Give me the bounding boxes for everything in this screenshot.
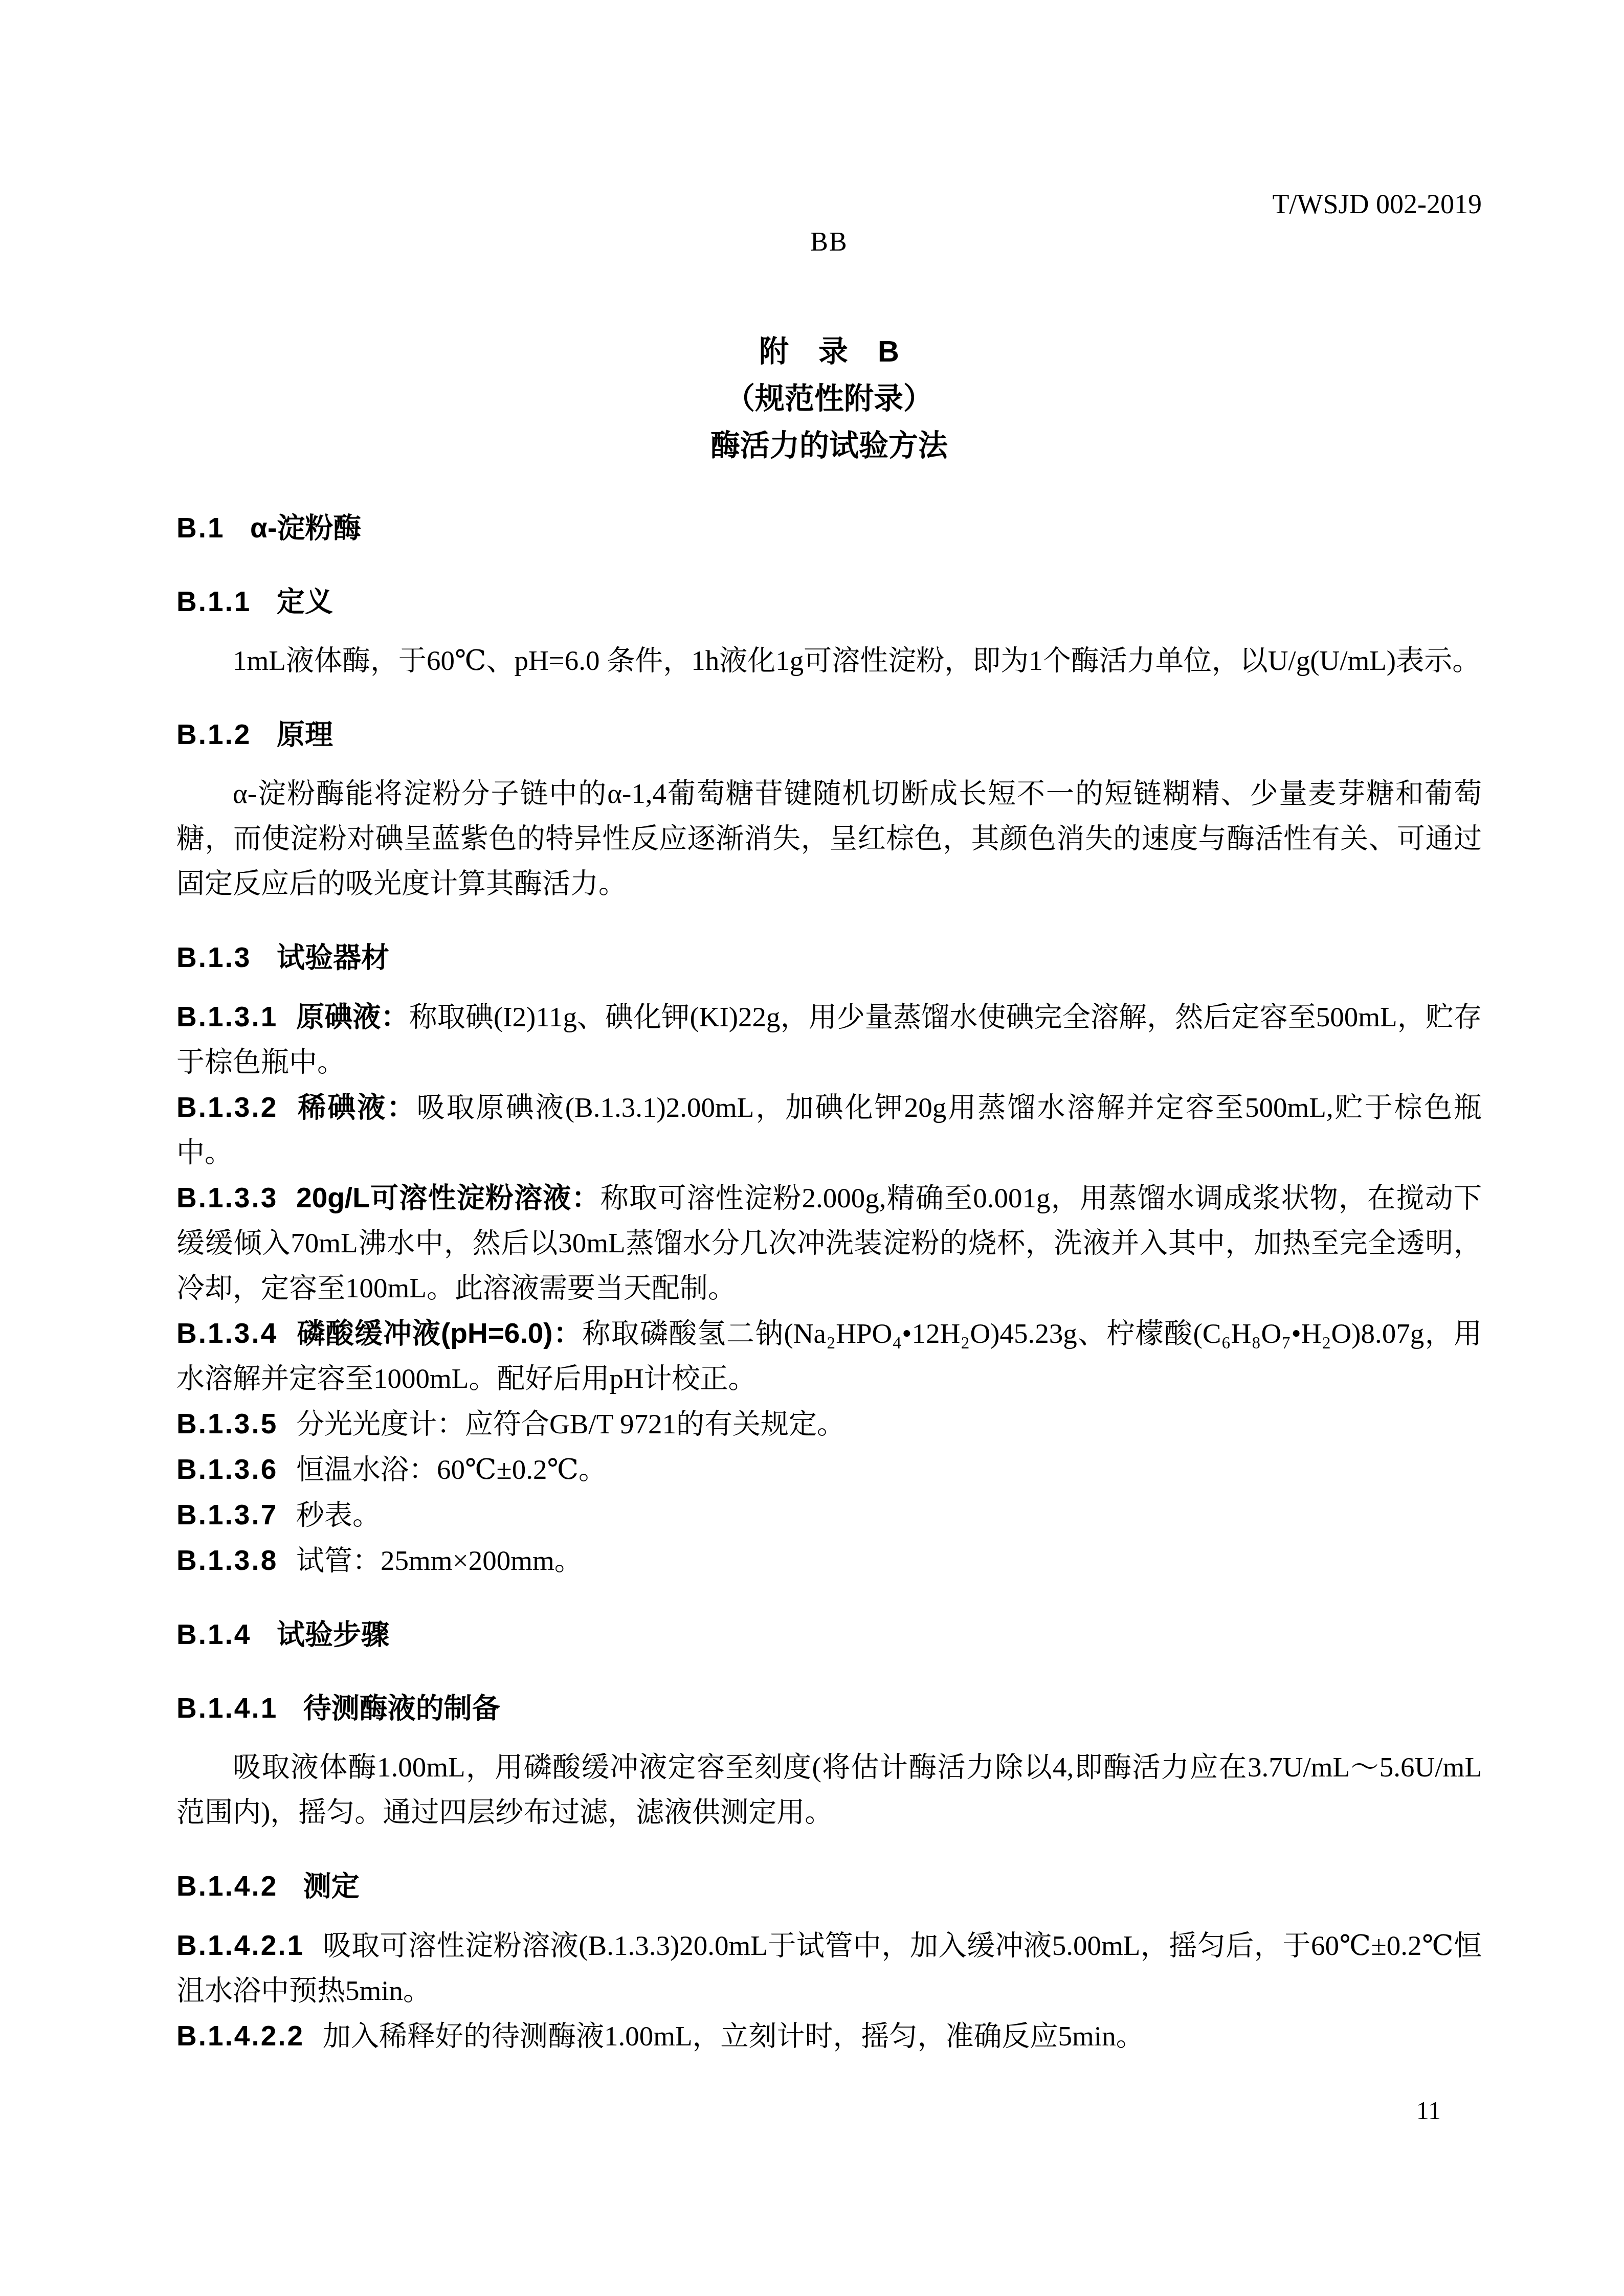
clause-number: B.1.3.3 [176, 1182, 278, 1213]
clause-number: B.1.3.7 [176, 1499, 278, 1530]
section-title: 原理 [277, 718, 333, 750]
clause-paragraph: B.1.4.2.1吸取可溶性淀粉溶液(B.1.3.3)20.0mL于试管中，加入… [176, 1923, 1482, 2013]
clause-term-label: 20g/L可溶性淀粉溶液： [296, 1182, 600, 1213]
clause-number: B.1.3.4 [176, 1317, 278, 1349]
section-title: 定义 [277, 586, 333, 617]
clause-paragraph: B.1.3.6恒温水浴：60℃±0.2℃。 [176, 1447, 1482, 1492]
clause-number: B.1.4.2.2 [176, 2020, 304, 2052]
paragraph-text: 1mL液体酶，于60℃、pH=6.0 条件，1h液化1g可溶性淀粉，即为1个酶活… [233, 645, 1480, 676]
paragraph: 1mL液体酶，于60℃、pH=6.0 条件，1h液化1g可溶性淀粉，即为1个酶活… [176, 638, 1482, 683]
page-header: T/WSJD 002-2019 [176, 188, 1482, 220]
clause-paragraph: B.1.3.2稀碘液：吸取原碘液(B.1.3.1)2.00mL，加碘化钾20g用… [176, 1085, 1482, 1175]
appendix-label: 附 录 B [176, 328, 1482, 375]
document-page: T/WSJD 002-2019 BB 附 录 B （规范性附录） 酶活力的试验方… [0, 0, 1624, 2296]
section-title: 试验器材 [277, 941, 389, 973]
section-number: B.1.4.2 [176, 1870, 278, 1902]
clause-text: 试管：25mm×200mm。 [296, 1545, 583, 1576]
clause-number: B.1.3.8 [176, 1544, 278, 1576]
clause-number: B.1.3.6 [176, 1453, 278, 1485]
section-number: B.1.4.1 [176, 1692, 278, 1724]
clause-number: B.1.4.2.1 [176, 1929, 304, 1961]
section-heading: B.1α-淀粉酶 [176, 505, 1482, 550]
document-body: B.1α-淀粉酶B.1.1定义1mL液体酶，于60℃、pH=6.0 条件，1h液… [176, 505, 1482, 2059]
clause-text: 吸取可溶性淀粉溶液(B.1.3.3)20.0mL于试管中，加入缓冲液5.00mL… [176, 1930, 1482, 2006]
section-heading: B.1.2原理 [176, 712, 1482, 757]
paragraph-text: α-淀粉酶能将淀粉分子链中的α-1,4葡萄糖苷键随机切断成长短不一的短链糊精、少… [176, 778, 1482, 899]
section-heading: B.1.4试验步骤 [176, 1612, 1482, 1657]
header-center-mark: BB [810, 228, 848, 257]
section-number: B.1.3 [176, 941, 251, 973]
section-title: 待测酶液的制备 [303, 1692, 500, 1724]
clause-text: 分光光度计：应符合GB/T 9721的有关规定。 [296, 1408, 845, 1439]
clause-text: 恒温水浴：60℃±0.2℃。 [296, 1454, 607, 1485]
section-number: B.1 [176, 512, 225, 544]
section-title: 测定 [303, 1870, 360, 1902]
appendix-type-note: （规范性附录） [176, 375, 1482, 422]
paragraph-text: 吸取液体酶1.00mL，用磷酸缓冲液定容至刻度(将估计酶活力除以4,即酶活力应在… [176, 1751, 1482, 1828]
section-number: B.1.4 [176, 1618, 251, 1650]
section-heading: B.1.1定义 [176, 579, 1482, 624]
clause-term-label: 原碘液： [296, 1001, 409, 1032]
page-number: 11 [1416, 2096, 1441, 2125]
section-number: B.1.2 [176, 718, 251, 750]
clause-number: B.1.3.1 [176, 1001, 278, 1032]
section-heading: B.1.4.1待测酶液的制备 [176, 1685, 1482, 1730]
section-number: B.1.1 [176, 586, 251, 617]
clause-paragraph: B.1.3.5分光光度计：应符合GB/T 9721的有关规定。 [176, 1401, 1482, 1447]
clause-paragraph: B.1.3.320g/L可溶性淀粉溶液：称取可溶性淀粉2.000g,精确至0.0… [176, 1175, 1482, 1311]
clause-text: 加入稀释好的待测酶液1.00mL，立刻计时，摇匀，准确反应5min。 [323, 2020, 1144, 2052]
clause-paragraph: B.1.3.8试管：25mm×200mm。 [176, 1538, 1482, 1583]
clause-number: B.1.3.5 [176, 1408, 278, 1439]
appendix-title-block: 附 录 B （规范性附录） 酶活力的试验方法 [176, 328, 1482, 469]
clause-term-label: 磷酸缓冲液(pH=6.0)： [296, 1317, 582, 1349]
clause-paragraph: B.1.3.4磷酸缓冲液(pH=6.0)：称取磷酸氢二钠(Na₂HPO₄•12H… [176, 1311, 1482, 1401]
standard-number: T/WSJD 002-2019 [1273, 189, 1482, 219]
header-center-row: BB [176, 227, 1482, 258]
section-title: α-淀粉酶 [250, 512, 361, 544]
clause-paragraph: B.1.3.7秒表。 [176, 1492, 1482, 1538]
section-title: 试验步骤 [277, 1618, 389, 1650]
paragraph: α-淀粉酶能将淀粉分子链中的α-1,4葡萄糖苷键随机切断成长短不一的短链糊精、少… [176, 771, 1482, 906]
clause-paragraph: B.1.3.1原碘液：称取碘(I2)11g、碘化钾(KI)22g，用少量蒸馏水使… [176, 994, 1482, 1085]
clause-number: B.1.3.2 [176, 1091, 278, 1123]
clause-text: 秒表。 [296, 1499, 381, 1530]
section-heading: B.1.4.2测定 [176, 1863, 1482, 1908]
paragraph: 吸取液体酶1.00mL，用磷酸缓冲液定容至刻度(将估计酶活力除以4,即酶活力应在… [176, 1745, 1482, 1835]
section-heading: B.1.3试验器材 [176, 935, 1482, 980]
clause-term-label: 稀碘液： [296, 1091, 416, 1123]
appendix-title: 酶活力的试验方法 [176, 422, 1482, 469]
clause-paragraph: B.1.4.2.2加入稀释好的待测酶液1.00mL，立刻计时，摇匀，准确反应5m… [176, 2013, 1482, 2059]
